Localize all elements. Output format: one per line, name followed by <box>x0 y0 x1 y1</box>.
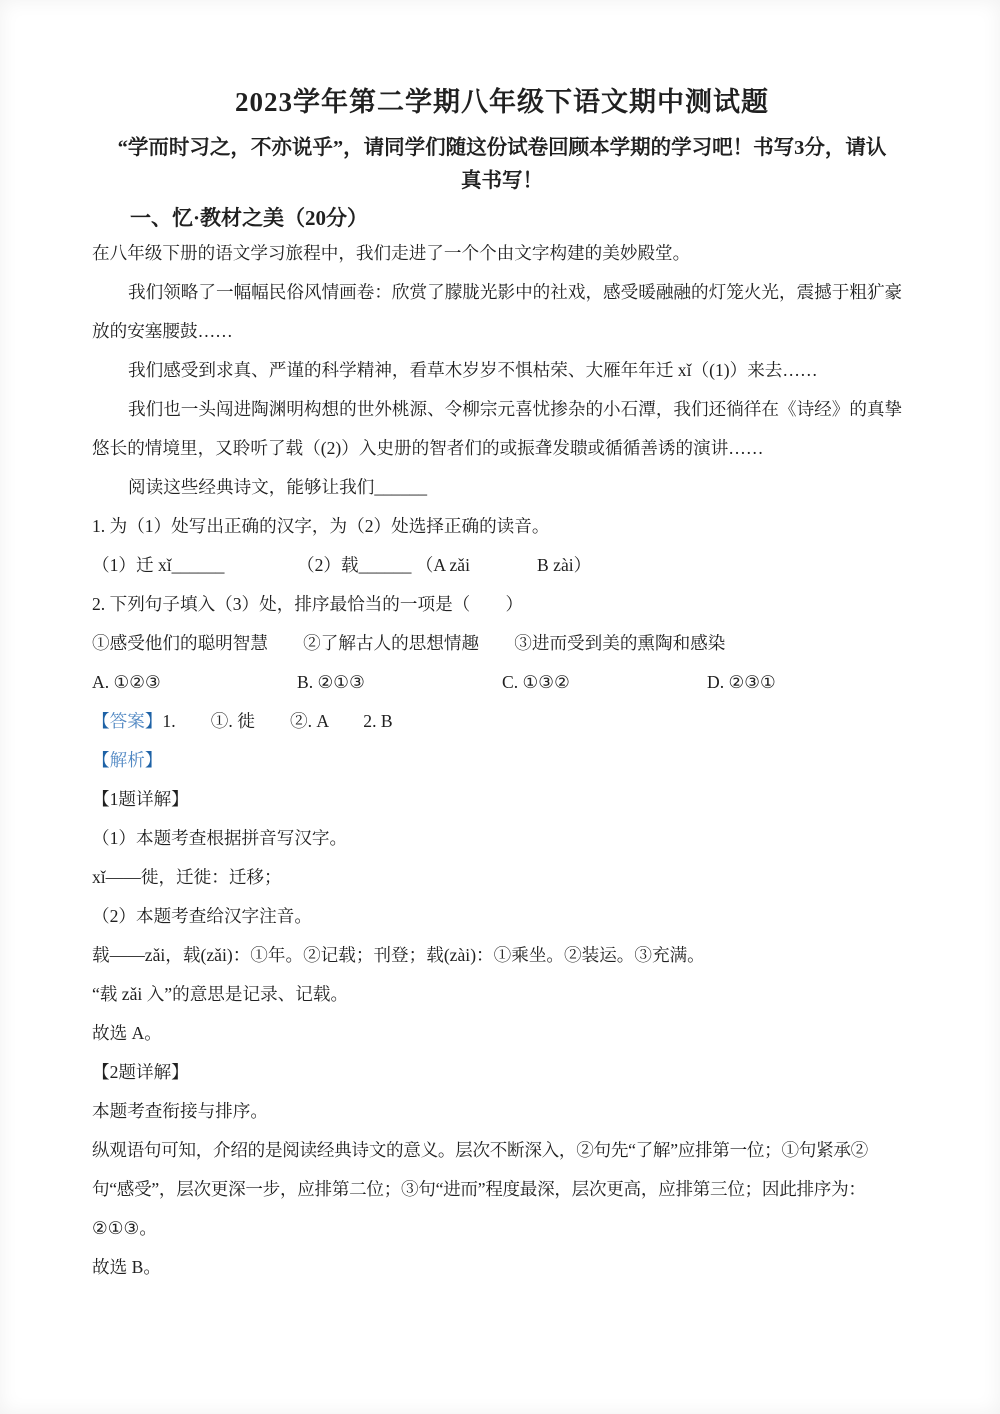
option-b: B. ②①③ <box>297 663 502 702</box>
detail2-heading: 【2题详解】 <box>92 1053 912 1092</box>
exam-instructions-line2: 真书写！ <box>92 165 912 198</box>
passage-p4: 阅读这些经典诗文，能够让我们______ <box>92 468 912 507</box>
question1-blank1: （1）迁 xǐ______ <box>92 546 297 585</box>
page-title: 2023学年第二学期八年级下语文期中测试题 <box>92 86 912 118</box>
analysis-d2-line3: 句“感受”，层次更深一步，应排第二位；③句“进而”程度最深，层次更高，应排第三位… <box>92 1170 912 1209</box>
analysis-d1-line3: （2）本题考查给汉字注音。 <box>92 897 912 936</box>
exam-paper-page: 2023学年第二学期八年级下语文期中测试题 “学而时习之，不亦说乎”，请同学们随… <box>0 0 1000 1414</box>
exam-instructions-line1: “学而时习之，不亦说乎”，请同学们随这份试卷回顾本学期的学习吧！书写3分，请认 <box>92 132 912 165</box>
analysis-d2-line1: 本题考查衔接与排序。 <box>92 1092 912 1131</box>
passage-p1-line1: 我们领略了一幅幅民俗风情画卷：欣赏了朦胧光影中的社戏，感受暖融融的灯笼火光，震撼… <box>92 273 912 312</box>
answer-marker-label: 答案 <box>110 711 145 731</box>
analysis-d1-line1: （1）本题考查根据拼音写汉字。 <box>92 819 912 858</box>
analysis-d1-line2: xǐ——徙，迁徙：迁移； <box>92 858 912 897</box>
passage-p1-line2: 放的安塞腰鼓…… <box>92 312 912 351</box>
analysis-d2-conclusion: 故选 B。 <box>92 1248 912 1287</box>
analysis-d1-conclusion: 故选 A。 <box>92 1014 912 1053</box>
detail1-heading: 【1题详解】 <box>92 780 912 819</box>
analysis-d2-line4: ②①③。 <box>92 1209 912 1248</box>
option-c: C. ①③② <box>502 663 707 702</box>
question1-blank2-option-b: B zài） <box>537 546 591 585</box>
analysis-marker-line: 【解析】 <box>92 741 912 780</box>
analysis-marker-bracket-open: 【 <box>92 750 110 770</box>
answer-text: 1. ①. 徙 ②. A 2. B <box>162 711 392 731</box>
analysis-d1-line4: 载——zǎi，载(zǎi)：①年。②记载；刊登；载(zài)：①乘坐。②装运。③… <box>92 936 912 975</box>
analysis-d2-line2: 纵观语句可知，介绍的是阅读经典诗文的意义。层次不断深入，②句先“了解”应排第一位… <box>92 1131 912 1170</box>
option-d: D. ②③① <box>707 663 776 702</box>
question1-blank2: （2）载______ （A zǎi <box>297 546 537 585</box>
analysis-d1-line5: “载 zǎi 入”的意思是记录、记载。 <box>92 975 912 1014</box>
passage-p3-line1: 我们也一头闯进陶渊明构想的世外桃源、令柳宗元喜忧掺杂的小石潭，我们还徜徉在《诗经… <box>92 390 912 429</box>
answer-line: 【答案】1. ①. 徙 ②. A 2. B <box>92 702 912 741</box>
analysis-marker-bracket-close: 】 <box>145 750 163 770</box>
page-content: 2023学年第二学期八年级下语文期中测试题 “学而时习之，不亦说乎”，请同学们随… <box>0 0 1000 1287</box>
passage-p2: 我们感受到求真、严谨的科学精神，看草木岁岁不惧枯荣、大雁年年迁 xǐ（(1)）来… <box>92 351 912 390</box>
question1-blanks-row: （1）迁 xǐ______ （2）载______ （A zǎi B zài） <box>92 546 912 585</box>
question2-items: ①感受他们的聪明智慧 ②了解古人的思想情趣 ③进而受到美的熏陶和感染 <box>92 624 912 663</box>
answer-marker-bracket-close: 】 <box>145 711 163 731</box>
answer-marker-bracket-open: 【 <box>92 711 110 731</box>
passage-p3-line2: 悠长的情境里，又聆听了载（(2)）入史册的智者们的或振聋发聩或循循善诱的演讲…… <box>92 429 912 468</box>
analysis-marker-label: 解析 <box>110 750 145 770</box>
exam-instructions: “学而时习之，不亦说乎”，请同学们随这份试卷回顾本学期的学习吧！书写3分，请认 … <box>92 132 912 198</box>
option-a: A. ①②③ <box>92 663 297 702</box>
passage-intro: 在八年级下册的语文学习旅程中，我们走进了一个个由文字构建的美妙殿堂。 <box>92 234 912 273</box>
question2-options-row: A. ①②③ B. ②①③ C. ①③② D. ②③① <box>92 663 912 702</box>
question2-stem: 2. 下列句子填入（3）处，排序最恰当的一项是（ ） <box>92 585 912 624</box>
question1-stem: 1. 为（1）处写出正确的汉字，为（2）处选择正确的读音。 <box>92 507 912 546</box>
section-heading: 一、忆·教材之美（20分） <box>92 202 912 234</box>
